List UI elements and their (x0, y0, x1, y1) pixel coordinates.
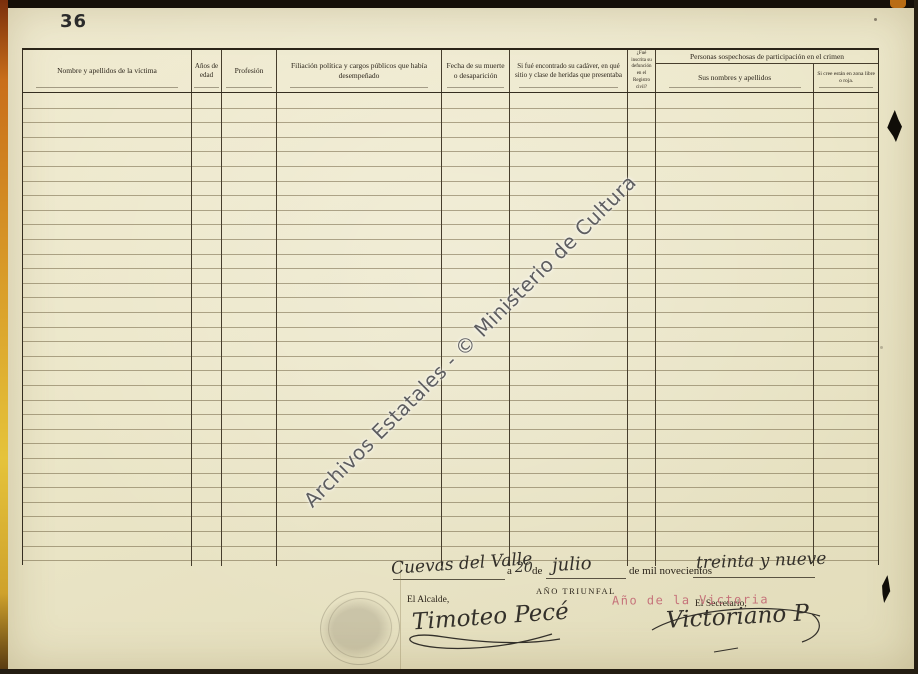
form-blank-line (546, 578, 626, 579)
table-row-rule (23, 487, 878, 488)
column-divider (221, 93, 222, 566)
table-row-rule (23, 414, 878, 415)
record-table: Nombre y apellidos de la víctima Años de… (22, 48, 879, 565)
table-row-rule (23, 400, 878, 401)
table-row-rule (23, 239, 878, 240)
col-header-suspects-names: Sus nombres y apellidos (656, 64, 813, 92)
scan-edge-right (914, 0, 918, 674)
table-row-rule (23, 166, 878, 167)
col-header-suspects-zone: Si cree están en zona libre o roja. (813, 64, 878, 92)
col-header-political-affiliation-label: Filiación política y cargos públicos que… (289, 61, 429, 81)
col-header-body-found-label: Si fué encontrado su cadáver, en qué sit… (513, 62, 624, 80)
col-header-death-date-label: Fecha de su muerte o desaparición (446, 61, 505, 81)
col-header-civil-registry-label: ¿Fué inscrita su defunción en el Registr… (629, 51, 654, 92)
handwritten-year: treinta y nueve (696, 549, 827, 574)
scanned-document: 36 Nombre y apellidos de la víctima Años… (0, 0, 918, 674)
table-row-rule (23, 473, 878, 474)
column-divider (441, 93, 442, 566)
table-row-rule (23, 516, 878, 517)
col-header-body-found: Si fué encontrado su cadáver, en qué sit… (509, 50, 627, 92)
table-row-rule (23, 502, 878, 503)
alcalde-label: El Alcalde, (407, 595, 449, 605)
printed-de: de (532, 565, 542, 577)
form-blank-line (393, 579, 505, 580)
document-page: 36 Nombre y apellidos de la víctima Años… (8, 8, 914, 669)
table-row-rule (23, 137, 878, 138)
anio-triunfal-label: AÑO TRIUNFAL (536, 586, 616, 596)
table-body (23, 93, 878, 566)
table-row-rule (23, 429, 878, 430)
table-row-rule (23, 283, 878, 284)
table-row-rule (23, 327, 878, 328)
column-divider (627, 93, 628, 566)
col-header-suspects-group: Personas sospechosas de participación en… (655, 50, 878, 92)
table-row-rule (23, 151, 878, 152)
table-row-rule (23, 181, 878, 182)
col-header-suspects-zone-label: Si cree están en zona libre o roja. (817, 71, 875, 85)
col-header-suspects-names-label: Sus nombres y apellidos (698, 73, 771, 83)
scan-edge-left (0, 0, 8, 674)
form-blank-line (693, 577, 815, 578)
col-header-age-label: Años de edad (192, 62, 221, 80)
scan-edge-top (0, 0, 918, 8)
column-divider (813, 93, 814, 566)
col-header-political-affiliation: Filiación política y cargos públicos que… (276, 50, 441, 92)
col-header-profession-label: Profesión (235, 66, 264, 76)
table-row-rule (23, 108, 878, 109)
table-row-rule (23, 458, 878, 459)
table-row-rule (23, 224, 878, 225)
handwritten-day: 20 (515, 560, 533, 576)
table-header: Nombre y apellidos de la víctima Años de… (23, 50, 878, 93)
col-header-civil-registry: ¿Fué inscrita su defunción en el Registr… (627, 50, 655, 92)
column-divider (276, 93, 277, 566)
scan-edge-bottom (0, 669, 918, 674)
table-row-rule (23, 385, 878, 386)
table-row-rule (23, 531, 878, 532)
corner-mark (890, 0, 906, 8)
page-number: 36 (60, 11, 87, 32)
ink-speck (874, 18, 877, 21)
table-row-rule (23, 297, 878, 298)
table-row-rule (23, 312, 878, 313)
handwritten-month: julio (551, 553, 592, 576)
col-header-victim-name-label: Nombre y apellidos de la víctima (57, 66, 157, 76)
ink-speck (880, 346, 883, 349)
col-header-victim-name: Nombre y apellidos de la víctima (23, 50, 191, 92)
col-header-suspects-group-label: Personas sospechosas de participación en… (656, 50, 878, 64)
table-row-rule (23, 254, 878, 255)
col-header-profession: Profesión (221, 50, 276, 92)
col-header-age: Años de edad (191, 50, 221, 92)
column-divider (655, 93, 656, 566)
table-row-rule (23, 268, 878, 269)
official-seal-stamp (315, 586, 405, 670)
table-row-rule (23, 443, 878, 444)
table-row-rule (23, 195, 878, 196)
column-divider (191, 93, 192, 566)
table-row-rule (23, 210, 878, 211)
col-header-death-date: Fecha de su muerte o desaparición (441, 50, 509, 92)
table-row-rule (23, 546, 878, 547)
column-divider (509, 93, 510, 566)
table-row-rule (23, 122, 878, 123)
